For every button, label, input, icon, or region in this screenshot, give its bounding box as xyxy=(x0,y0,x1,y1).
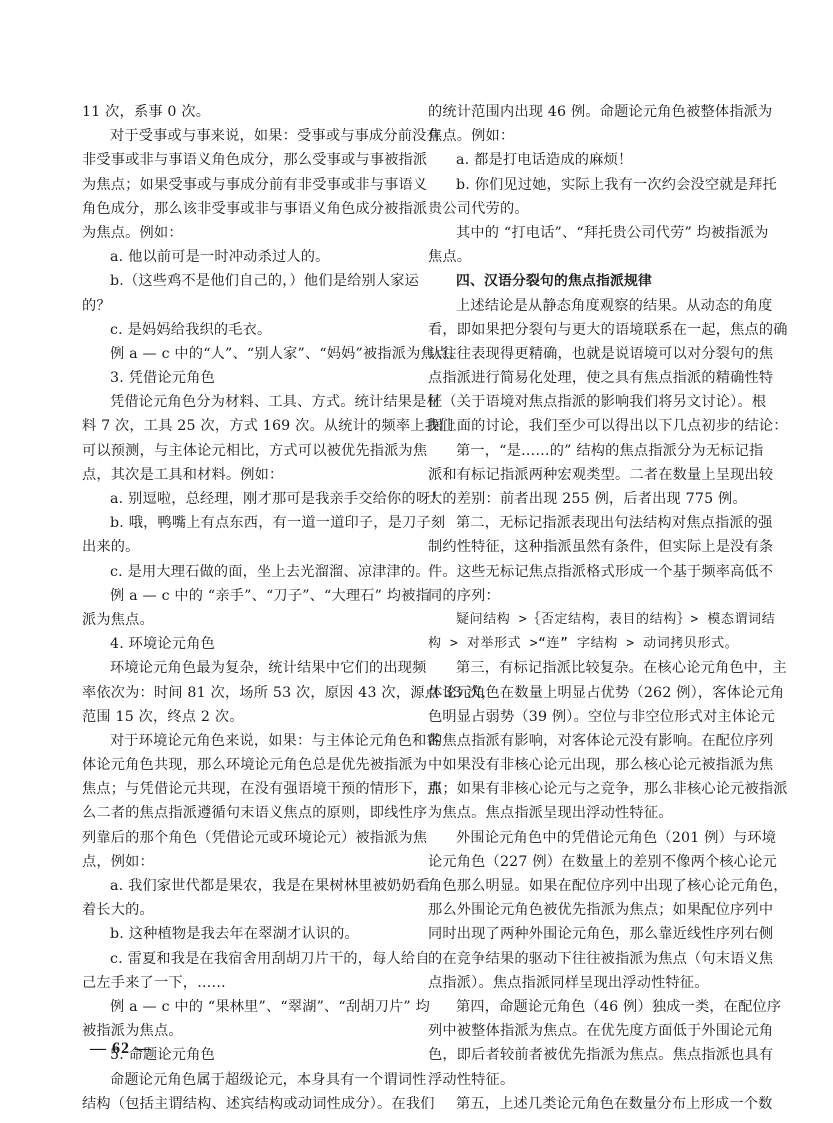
left-column: 11 次，系事 0 次。对于受事或与事来说，如果：受事或与事成分前没有非受事或非… xyxy=(82,100,420,1116)
text-line: 那么外围论元角色被优先指派为焦点；如果配位序列中 xyxy=(428,898,766,922)
text-line: b. 哦，鸭嘴上有点东西，有一道一道印子，是刀子刻 xyxy=(82,511,420,535)
text-line: 上述结论是从静态角度观察的结果。从动态的角度 xyxy=(428,294,766,318)
text-line: a. 别逗啦，总经理，刚才那可是我亲手交给你的呀！ xyxy=(82,487,420,511)
text-line: 大的差别：前者出现 255 例，后者出现 775 例。 xyxy=(428,487,766,511)
text-line: c. 是用大理石做的面，坐上去光溜溜、凉津津的。 xyxy=(82,560,420,584)
text-line: 体论元角色共现，那么环境论元角色总是优先被指派为 xyxy=(82,753,420,777)
text-line: 点指派）。焦点指派同样呈现出浮动性特征。 xyxy=(428,971,766,995)
text-line: 为焦点；如果受事或与事成分前有非受事或非与事语义 xyxy=(82,173,420,197)
text-line: 同时出现了两种外围论元角色，那么靠近线性序列右侧 xyxy=(428,922,766,946)
text-line: 同的序列： xyxy=(428,584,766,608)
right-column: 的统计范围内出现 46 例。命题论元角色被整体指派为焦点。例如：a. 都是打电话… xyxy=(428,100,766,1116)
text-line: 派为焦点。 xyxy=(82,608,420,632)
text-line: 论元角色（227 例）在数量上的差别不像两个核心论元 xyxy=(428,850,766,874)
text-line: 第五，上述几类论元角色在数量分布上形成一个数 xyxy=(428,1092,766,1116)
text-line: 为焦点。焦点指派呈现出浮动性特征。 xyxy=(428,801,766,825)
page-number: — 62 — xyxy=(90,1040,152,1058)
text-line: 第三，有标记指派比较复杂。在核心论元角色中，主 xyxy=(428,656,766,680)
text-line: 焦点。例如： xyxy=(428,124,766,148)
text-line: 中如果没有非核心论元出现，那么核心论元被指派为焦 xyxy=(428,753,766,777)
text-line: 结构（包括主谓结构、述宾结构或动词性成分）。在我们 xyxy=(82,1092,420,1116)
text-line: 外围论元角色中的凭借论元角色（201 例）与环境 xyxy=(428,826,766,850)
text-line: 环境论元角色最为复杂，统计结果中它们的出现频 xyxy=(82,656,420,680)
text-line: 命题论元角色属于超级论元，本身具有一个谓词性 xyxy=(82,1068,420,1092)
text-line: c. 雷夏和我是在我宿舍用刮胡刀片干的，每人给自 xyxy=(82,947,420,971)
text-line: 构 > 对举形式 >“连” 字结构 > 动词拷贝形式。 xyxy=(428,632,766,656)
text-line: 的在竞争结果的驱动下往往被指派为焦点（句末语义焦 xyxy=(428,947,766,971)
text-line: 体论元角色在数量上明显占优势（262 例），客体论元角 xyxy=(428,681,766,705)
text-line: 着长大的。 xyxy=(82,898,420,922)
text-line: a. 都是打电话造成的麻烦！ xyxy=(428,148,766,172)
text-line: 料 7 次，工具 25 次，方式 169 次。从统计的频率上我们 xyxy=(82,414,420,438)
text-line: 其中的 “打电话”、“拜托贵公司代劳” 均被指派为 xyxy=(428,221,766,245)
text-line: 认往往表现得更精确，也就是说语境可以对分裂句的焦 xyxy=(428,342,766,366)
text-line: 3. 凭借论元角色 xyxy=(82,366,420,390)
text-line: 焦点。 xyxy=(428,245,766,269)
text-line: 制约性特征，这种指派虽然有条件，但实际上是没有条 xyxy=(428,535,766,559)
text-line: a. 他以前可是一时冲动杀过人的。 xyxy=(82,245,420,269)
text-line: 4. 环境论元角色 xyxy=(82,632,420,656)
text-line: 可以预测，与主体论元相比，方式可以被优先指派为焦 xyxy=(82,439,420,463)
text-line: 列中被整体指派为焦点。在优先度方面低于外围论元角 xyxy=(428,1019,766,1043)
text-line: 贵公司代劳的。 xyxy=(428,197,766,221)
text-line: 的焦点指派有影响，对客体论元没有影响。在配位序列 xyxy=(428,729,766,753)
text-line: 浮动性特征。 xyxy=(428,1068,766,1092)
text-line: 焦点；与凭借论元共现，在没有强语境干预的情形下，那 xyxy=(82,777,420,801)
text-line: 色明显占弱势（39 例）。空位与非空位形式对主体论元 xyxy=(428,705,766,729)
text-line: 点指派进行简易化处理，使之具有焦点指派的精确性特 xyxy=(428,366,766,390)
text-line: 的？ xyxy=(82,294,420,318)
text-line: 对于环境论元角色来说，如果：与主体论元角色和客 xyxy=(82,729,420,753)
text-line: 例 a — c 中的“人”、“别人家”、“妈妈”被指派为焦点。 xyxy=(82,342,420,366)
text-line: 看，即如果把分裂句与更大的语境联系在一起，焦点的确 xyxy=(428,318,766,342)
text-line: 例 a — c 中的 “亲手”、“刀子”、“大理石” 均被指 xyxy=(82,584,420,608)
text-line: 角色那么明显。如果在配位序列中出现了核心论元角色， xyxy=(428,874,766,898)
text-line: 为焦点。例如： xyxy=(82,221,420,245)
text-line: 派和有标记指派两种宏观类型。二者在数量上呈现出较 xyxy=(428,463,766,487)
text-line: 出来的。 xyxy=(82,535,420,559)
text-line: 件。这些无标记焦点指派格式形成一个基于频率高低不 xyxy=(428,560,766,584)
text-line: 点，其次是工具和材料。例如： xyxy=(82,463,420,487)
text-line: 第四，命题论元角色（46 例）独成一类，在配位序 xyxy=(428,995,766,1019)
text-line: b.（这些鸡不是他们自己的，）他们是给别人家运 xyxy=(82,269,420,293)
text-line: 11 次，系事 0 次。 xyxy=(82,100,420,124)
text-line: 点，例如： xyxy=(82,850,420,874)
text-line: a. 我们家世代都是果农，我是在果树林里被奶奶看 xyxy=(82,874,420,898)
text-line: 凭借论元角色分为材料、工具、方式。统计结果是材 xyxy=(82,390,420,414)
text-line: 的统计范围内出现 46 例。命题论元角色被整体指派为 xyxy=(428,100,766,124)
text-line: 己左手来了一下，…… xyxy=(82,971,420,995)
text-line: 列靠后的那个角色（凭借论元或环境论元）被指派为焦 xyxy=(82,826,420,850)
text-line: 疑问结构 >｛否定结构，表目的结构｝> 模态谓词结 xyxy=(428,608,766,632)
text-line: 征（关于语境对焦点指派的影响我们将另文讨论）。根 xyxy=(428,390,766,414)
text-line: b. 你们见过她，实际上我有一次约会没空就是拜托 xyxy=(428,173,766,197)
text-line: 色，即后者较前者被优先指派为焦点。焦点指派也具有 xyxy=(428,1043,766,1067)
text-line: 第一，“是……的” 结构的焦点指派分为无标记指 xyxy=(428,439,766,463)
text-line: 么二者的焦点指派遵循句末语义焦点的原则，即线性序 xyxy=(82,801,420,825)
text-line: 范围 15 次，终点 2 次。 xyxy=(82,705,420,729)
text-line: 率依次为：时间 81 次，场所 53 次，原因 43 次，源点 33 次， xyxy=(82,681,420,705)
text-line: 例 a — c 中的 “果林里”、“翠湖”、“刮胡刀片” 均 xyxy=(82,995,420,1019)
text-line: 据上面的讨论，我们至少可以得出以下几点初步的结论： xyxy=(428,414,766,438)
text-line: 角色成分，那么该非受事或非与事语义角色成分被指派 xyxy=(82,197,420,221)
text-line: b. 这种植物是我去年在翠湖才认识的。 xyxy=(82,922,420,946)
text-line: 第二，无标记指派表现出句法结构对焦点指派的强 xyxy=(428,511,766,535)
text-line: 非受事或非与事语义角色成分，那么受事或与事被指派 xyxy=(82,148,420,172)
text-line: c. 是妈妈给我织的毛衣。 xyxy=(82,318,420,342)
text-line: 对于受事或与事来说，如果：受事或与事成分前没有 xyxy=(82,124,420,148)
section-heading: 四、汉语分裂句的焦点指派规律 xyxy=(428,269,766,293)
text-line: 点；如果有非核心论元与之竞争，那么非核心论元被指派 xyxy=(428,777,766,801)
